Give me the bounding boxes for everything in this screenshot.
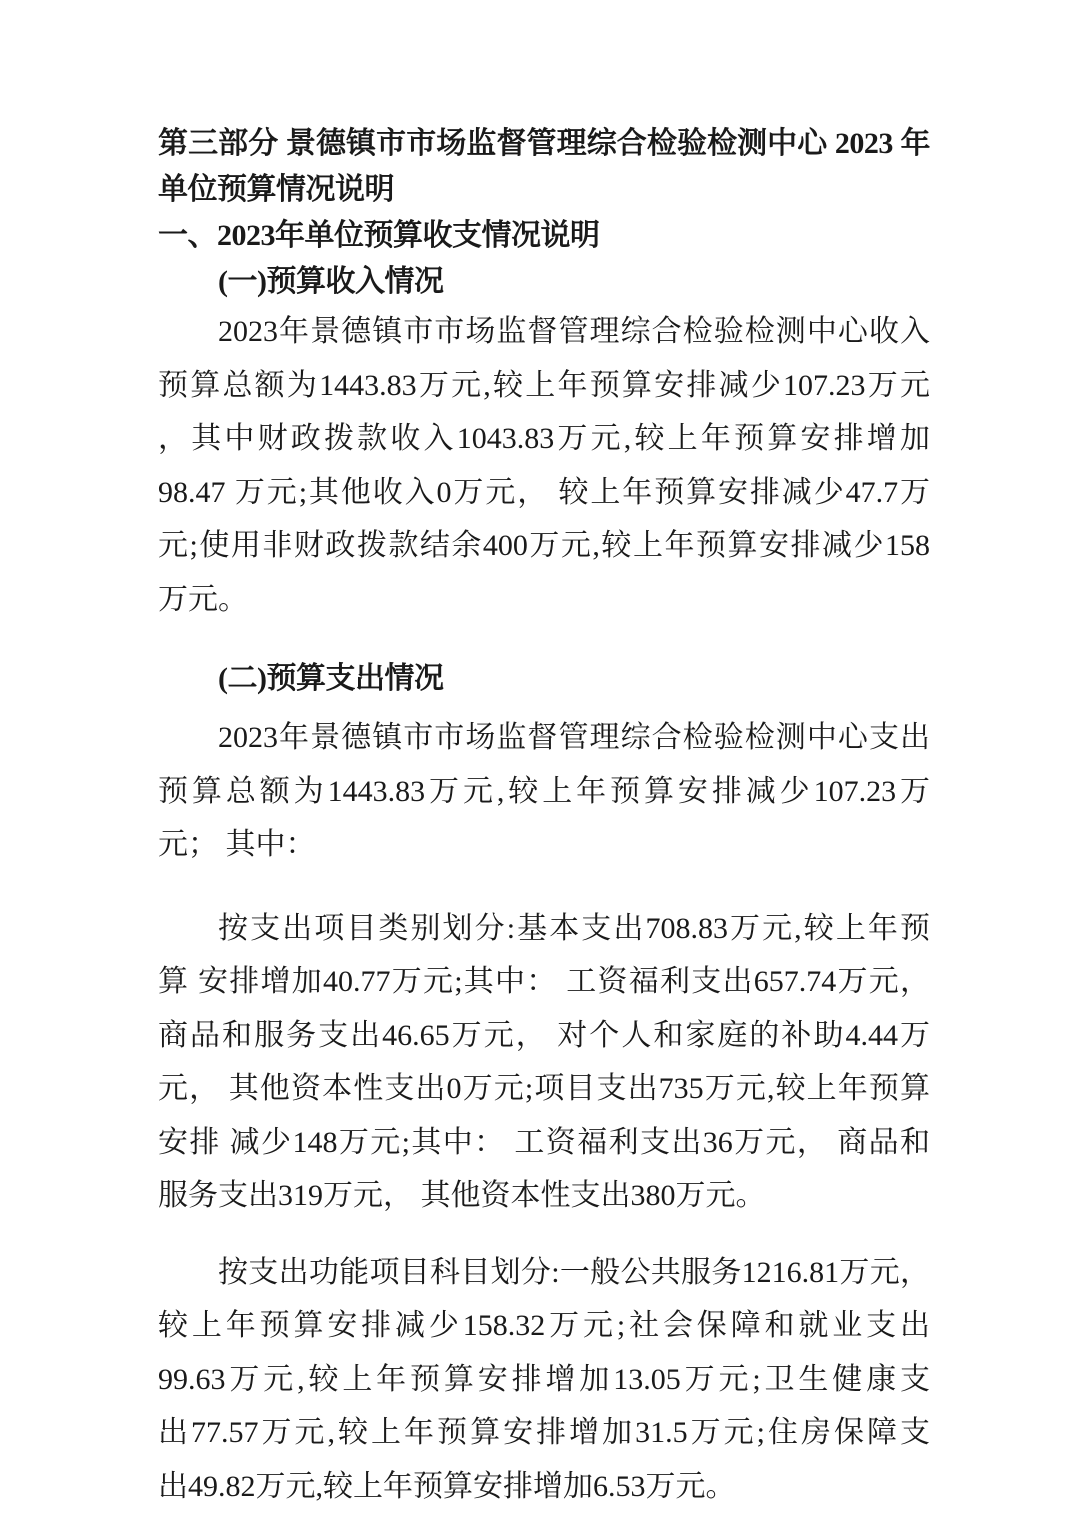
text-line: 算 安排增加40.77万元;其中： 工资福利支出657.74万元， (158, 955, 930, 1009)
text-line: 一、2023年单位预算收支情况说明 (158, 213, 930, 259)
text-line: 99.63万元,较上年预算安排增加13.05万元;卫生健康支 (158, 1353, 930, 1407)
subsection-heading: (一)预算收入情况 (158, 259, 930, 305)
text-line: 出49.82万元,较上年预算安排增加6.53万元。 (158, 1460, 930, 1514)
text-line: 2023年景德镇市市场监督管理综合检验检测中心收入 (158, 305, 930, 359)
text-line: 万元。 (158, 573, 930, 627)
text-line: ，其中财政拨款收入1043.83万元,较上年预算安排增加 (158, 412, 930, 466)
paragraph: 按支出功能项目科目划分:一般公共服务1216.81万元，较上年预算安排减少158… (158, 1246, 930, 1514)
text-line: 出77.57万元,较上年预算安排增加31.5万元;住房保障支 (158, 1406, 930, 1460)
text-line: 元;使用非财政拨款结余400万元,较上年预算安排减少158 (158, 519, 930, 573)
text-line: 2023年景德镇市市场监督管理综合检验检测中心支出 (158, 711, 930, 765)
text-line: 按支出项目类别划分:基本支出708.83万元,较上年预 (158, 902, 930, 956)
text-line: 98.47 万元;其他收入0万元， 较上年预算安排减少47.7万 (158, 466, 930, 520)
document-blocks: 第三部分 景德镇市市场监督管理综合检验检测中心 2023 年单位预算情况说明一、… (158, 121, 930, 1513)
text-line: 预算总额为1443.83万元,较上年预算安排减少107.23万元 (158, 359, 930, 413)
paragraph: 2023年景德镇市市场监督管理综合检验检测中心收入预算总额为1443.83万元,… (158, 305, 930, 626)
text-line: 预算总额为1443.83万元,较上年预算安排减少107.23万 (158, 765, 930, 819)
text-line: 元， 其他资本性支出0万元;项目支出735万元,较上年预算 (158, 1062, 930, 1116)
subsection-heading: (二)预算支出情况 (158, 656, 930, 702)
document-title: 第三部分 景德镇市市场监督管理综合检验检测中心 2023 年单位预算情况说明 (158, 121, 930, 213)
text-line: (二)预算支出情况 (158, 656, 930, 702)
text-line: 商品和服务支出46.65万元， 对个人和家庭的补助4.44万 (158, 1009, 930, 1063)
text-line: (一)预算收入情况 (158, 259, 930, 305)
text-line: 单位预算情况说明 (158, 167, 930, 213)
section-heading: 一、2023年单位预算收支情况说明 (158, 213, 930, 259)
text-line: 第三部分 景德镇市市场监督管理综合检验检测中心 2023 年 (158, 121, 930, 167)
document-page: 第三部分 景德镇市市场监督管理综合检验检测中心 2023 年单位预算情况说明一、… (0, 0, 1074, 1520)
paragraph: 按支出项目类别划分:基本支出708.83万元,较上年预算 安排增加40.77万元… (158, 902, 930, 1223)
paragraph: 2023年景德镇市市场监督管理综合检验检测中心支出预算总额为1443.83万元,… (158, 711, 930, 872)
text-line: 安排 减少148万元;其中： 工资福利支出36万元， 商品和 (158, 1116, 930, 1170)
text-line: 服务支出319万元， 其他资本性支出380万元。 (158, 1169, 930, 1223)
text-line: 较上年预算安排减少158.32万元;社会保障和就业支出 (158, 1299, 930, 1353)
text-line: 按支出功能项目科目划分:一般公共服务1216.81万元， (158, 1246, 930, 1300)
text-line: 元； 其中： (158, 818, 930, 872)
